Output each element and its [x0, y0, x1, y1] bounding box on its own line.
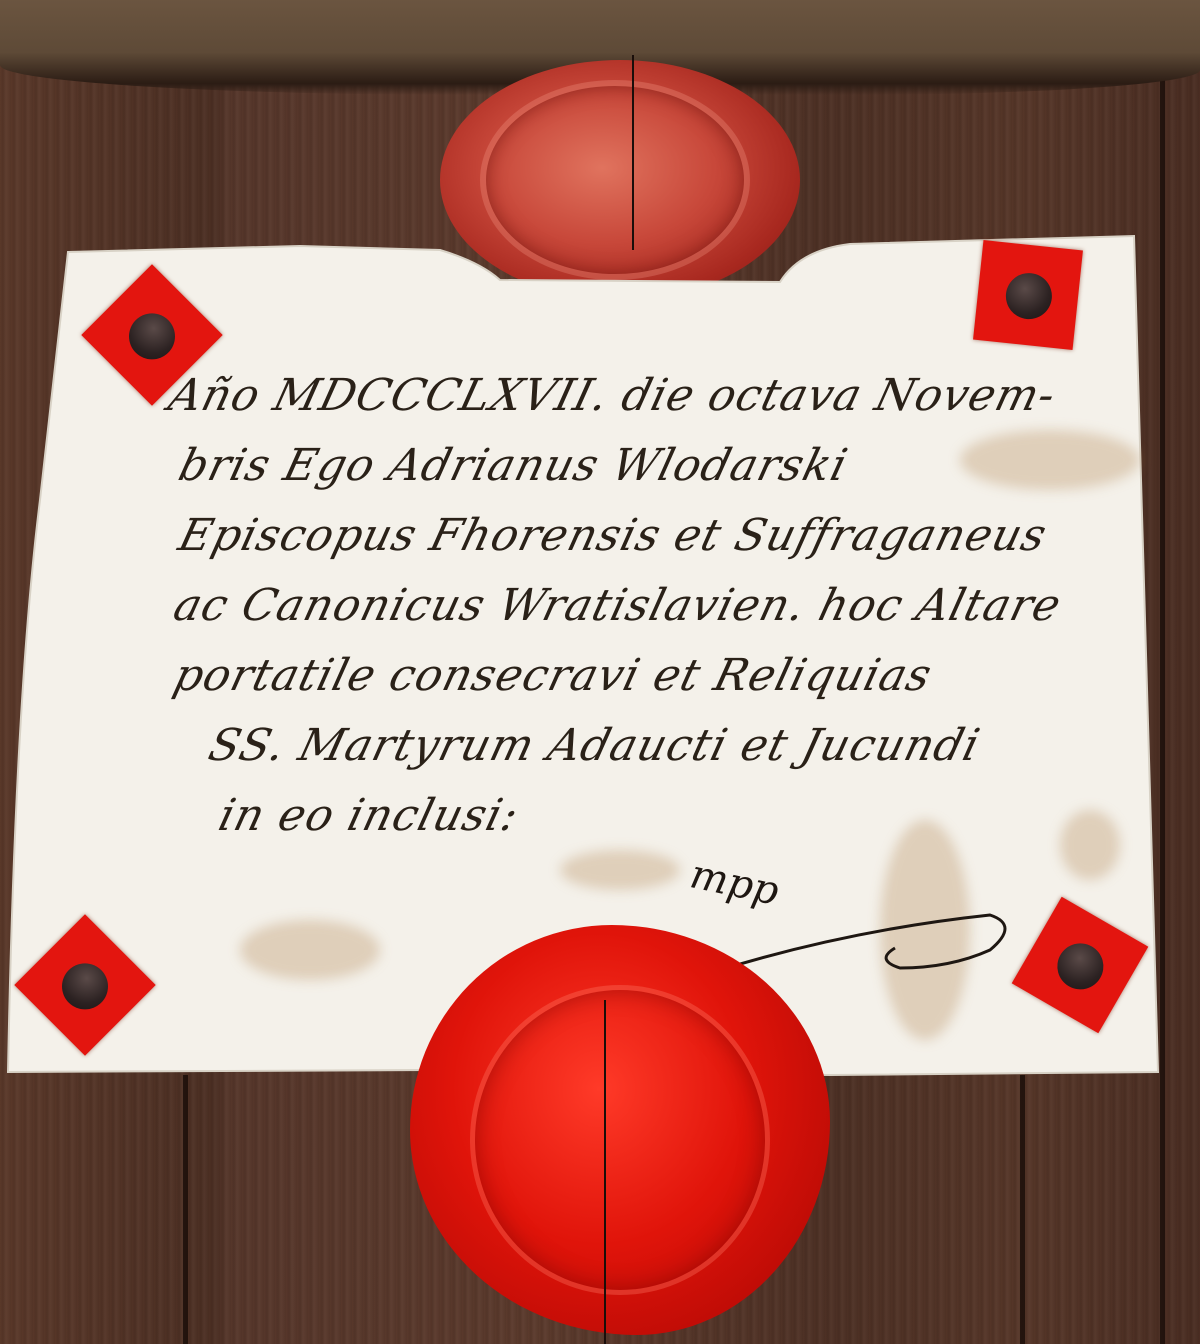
seal-crack	[604, 1000, 606, 1344]
wax-stud-icon	[1004, 271, 1055, 322]
wax-stud-icon	[52, 954, 117, 1019]
seal-ring	[470, 985, 770, 1295]
wax-stud-icon	[119, 304, 184, 369]
corner-tab-top-right	[973, 240, 1083, 350]
wax-stud-icon	[1049, 935, 1112, 998]
